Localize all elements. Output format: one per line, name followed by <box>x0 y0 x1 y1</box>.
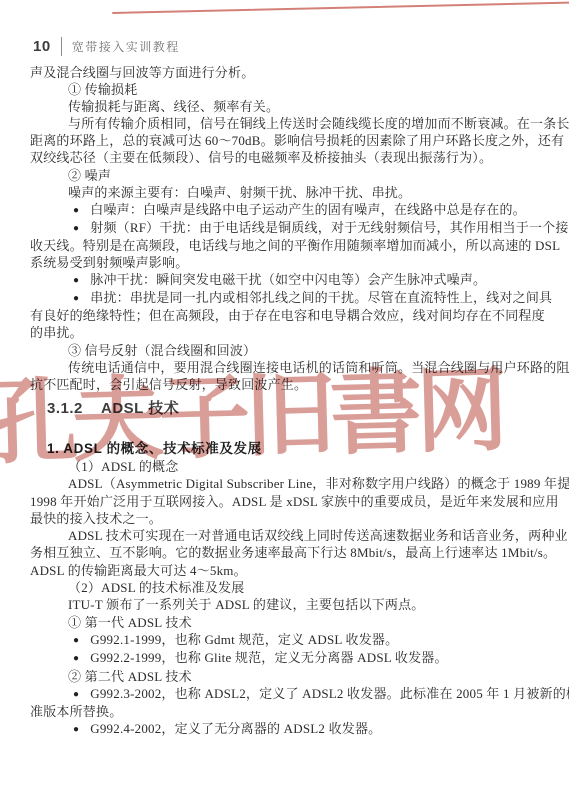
text-line: （2）ADSL 的技术标准及发展 <box>30 579 543 596</box>
header-divider <box>61 37 62 56</box>
text-line: ITU-T 颁布了一系列关于 ADSL 的建议，主要包括以下两点。 <box>30 596 543 613</box>
bullet-icon: ● <box>73 650 79 667</box>
text-line: 准版本所替换。 <box>30 703 543 720</box>
text-line: ADSL 技术可实现在一对普通电话双绞线上同时传送高速数据业务和话音业务，两种业 <box>30 527 543 544</box>
text-line: 噪声的来源主要有：白噪声、射频干扰、脉冲干扰、串扰。 <box>30 184 543 201</box>
bullet-icon: ● <box>73 202 79 219</box>
text-line: ① 传输损耗 <box>30 81 543 98</box>
text-line: 有良好的绝缘特性；但在高频段，由于存在电容和电导耦合效应，线对间均存在不同程度 <box>30 307 543 324</box>
section-number: 3.1.2 <box>47 400 83 417</box>
text-line: ●G992.2-1999，也称 Glite 规范，定义无分离器 ADSL 收发器… <box>30 649 543 667</box>
text-line: ●白噪声：白噪声是线路中电子运动产生的固有噪声，在线路中总是存在的。 <box>30 201 543 219</box>
text-line: ●G992.3-2002，也称 ADSL2，定义了 ADSL2 收发器。此标准在… <box>30 685 543 703</box>
text-line: ●G992.4-2002，定义了无分离器的 ADSL2 收发器。 <box>30 720 543 738</box>
text-line: 1998 年开始广泛用于互联网接入。ADSL 是 xDSL 家族中的重要成员，是… <box>30 493 543 510</box>
text-line: 的串扰。 <box>30 324 543 341</box>
page-header: 10 宽带接入实训教程 <box>33 37 180 56</box>
bullet-icon: ● <box>73 721 79 738</box>
text-line: ② 第二代 ADSL 技术 <box>30 668 543 685</box>
text-line: 距离的环路上，总的衰减可达 60～70dB。影响信号损耗的因素除了用户环路长度之… <box>30 132 543 149</box>
text-line: 收天线。特别是在高频段，电话线与地之间的平衡作用随频率增加而减小，所以高速的 D… <box>30 237 543 254</box>
text-line: ADSL 的传输距离最大可达 4～5km。 <box>30 562 543 579</box>
text-line: ●串扰：串扰是同一扎内或相邻扎线之间的干扰。尽管在直流特性上，线对之间具 <box>30 289 543 307</box>
text-line: （1）ADSL 的概念 <box>30 458 543 475</box>
bullet-icon: ● <box>73 632 79 649</box>
text-line: 最快的接入技术之一。 <box>30 510 543 527</box>
body-text-lower: （1）ADSL 的概念ADSL（Asymmetric Digital Subsc… <box>30 458 543 739</box>
text-line: 系统易受到射频噪声影响。 <box>30 254 543 271</box>
text-line: ADSL（Asymmetric Digital Subscriber Line，… <box>30 475 543 492</box>
section-heading: 3.1.2 ADSL 技术 <box>47 397 179 418</box>
text-line: 传输损耗与距离、线径、频率有关。 <box>30 98 543 115</box>
text-line: ●射频（RF）干扰：由于电话线是铜质线，对于无线射频信号，其作用相当于一个接 <box>30 219 543 237</box>
watermark-swoosh-line <box>112 2 569 14</box>
bullet-icon: ● <box>73 290 79 307</box>
text-line: 务相互独立、互不影响。它的数据业务速率最高下行达 8Mbit/s，最高上行速率达… <box>30 544 543 561</box>
section-title: ADSL 技术 <box>101 400 179 417</box>
text-line: 传统电话通信中，要用混合线圈连接电话机的话筒和听筒。当混合线圈与用户环路的阻 <box>30 359 543 376</box>
text-line: 双绞线芯径（主要在低频段）、信号的电磁频率及桥接抽头（表现出振荡行为）。 <box>30 149 543 166</box>
bullet-icon: ● <box>73 220 79 237</box>
text-line: ●脉冲干扰：瞬间突发电磁干扰（如空中闪电等）会产生脉冲式噪声。 <box>30 271 543 289</box>
bullet-icon: ● <box>73 686 79 703</box>
bullet-icon: ● <box>73 272 79 289</box>
text-line: 声及混合线圈与回波等方面进行分析。 <box>30 64 543 81</box>
text-line: ① 第一代 ADSL 技术 <box>30 614 543 631</box>
book-title: 宽带接入实训教程 <box>72 38 180 55</box>
text-line: 抗不匹配时，会引起信号反射，导致回波产生。 <box>30 376 543 393</box>
subsection-heading: 1. ADSL 的概念、技术标准及发展 <box>47 437 262 457</box>
text-line: 与所有传输介质相同，信号在铜线上传送时会随线缆长度的增加而不断衰减。在一条长 <box>30 115 543 132</box>
text-line: ●G992.1-1999，也称 Gdmt 规范，定义 ADSL 收发器。 <box>30 631 543 649</box>
text-line: ② 噪声 <box>30 167 543 184</box>
text-line: ③ 信号反射（混合线圈和回波） <box>30 342 543 359</box>
book-page: 10 宽带接入实训教程 声及混合线圈与回波等方面进行分析。① 传输损耗传输损耗与… <box>0 0 569 800</box>
body-text-upper: 声及混合线圈与回波等方面进行分析。① 传输损耗传输损耗与距离、线径、频率有关。与… <box>30 64 543 393</box>
page-number: 10 <box>33 38 51 55</box>
